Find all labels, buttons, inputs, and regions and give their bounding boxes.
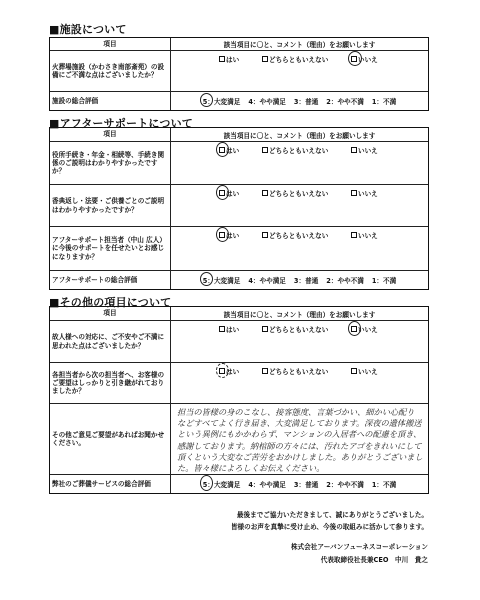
handwritten-comment: 担当の皆様の身のこなし、接客態度、言葉づかい、細かい心配り などすべてよく行き届… — [177, 407, 424, 474]
checkbox-icon — [262, 326, 268, 332]
checkbox-icon — [262, 232, 268, 238]
after-support-table: 項目 該当項目に〇と、コメント（理由）をお願いします 役所手続き・年金・相続等、… — [49, 127, 429, 290]
question-text: 香典返し・法要・ご供養ごとのご説明はわかりやすかったですか？ — [50, 185, 171, 226]
checkbox-icon — [351, 368, 357, 374]
handwritten-circle-mark — [216, 363, 229, 378]
company-name: 株式会社アーバンフューネスコーポレーション — [291, 541, 428, 551]
question-row: アフターサポート担当者（中山 広人）に今後のサポートを任せたいとお感じになります… — [50, 226, 428, 270]
comment-row: その他ご意見ご要望があればお聞かせください。 担当の皆様の身のこなし、接客態度、… — [50, 403, 428, 474]
question-text: 火葬場施設（かわさき南部斎苑）の設備にご不満な点はございましたか？ — [50, 51, 171, 91]
handwritten-circle-mark — [348, 51, 362, 66]
rating-option-1[interactable]: 1：不満 — [372, 479, 396, 489]
table-header: 項目 該当項目に〇と、コメント（理由）をお願いします — [50, 307, 428, 320]
checkbox-icon — [351, 232, 357, 238]
question-text: 故人様への対応に、ご不安やご不満に思われた点はございましたか？ — [50, 321, 171, 362]
header-instruction: 該当項目に〇と、コメント（理由）をお願いします — [171, 128, 428, 141]
thanks-line-1: 最後までご協力いただきまして、誠にありがとうございました。 — [237, 509, 428, 519]
option-neutral[interactable]: どちらともいえない — [262, 54, 328, 64]
checkbox-icon — [351, 190, 357, 196]
option-neutral[interactable]: どちらともいえない — [262, 366, 328, 376]
handwritten-circle-mark — [200, 272, 213, 286]
rating-option-2[interactable]: 2：やや不満 — [326, 479, 364, 489]
rating-option-5[interactable]: 5：大変満足 — [203, 275, 241, 285]
rating-option-3[interactable]: 3：普通 — [294, 479, 318, 489]
facility-table: 項目 該当項目に〇と、コメント（理由）をお願いします 火葬場施設（かわさき南部斎… — [49, 37, 429, 111]
rating-label: 弊社のご葬儀サービスの総合評価 — [50, 475, 171, 493]
rating-option-4[interactable]: 4：やや満足 — [248, 479, 286, 489]
header-item: 項目 — [50, 307, 171, 320]
comment-cell[interactable]: 担当の皆様の身のこなし、接客態度、言葉づかい、細かい心配り などすべてよく行き届… — [171, 404, 428, 474]
question-text: 各担当者から次の担当者へ、お客様のご要望はしっかりと引き継がれておりましたか？ — [50, 363, 171, 403]
header-instruction: 該当項目に〇と、コメント（理由）をお願いします — [171, 38, 428, 50]
rating-label: アフターサポートの総合評価 — [50, 271, 171, 289]
checkbox-icon — [219, 56, 225, 62]
question-row: 故人様への対応に、ご不安やご不満に思われた点はございましたか？ はい どちらとも… — [50, 320, 428, 362]
rating-scale: 5：大変満足 4：やや満足 3：普通 2：やや不満 1：不満 — [171, 475, 428, 493]
rating-option-2[interactable]: 2：やや不満 — [326, 275, 364, 285]
question-row: 火葬場施設（かわさき南部斎苑）の設備にご不満な点はございましたか？ はい どちら… — [50, 50, 428, 91]
checkbox-icon — [262, 56, 268, 62]
checkbox-icon — [262, 147, 268, 153]
other-items-table: 項目 該当項目に〇と、コメント（理由）をお願いします 故人様への対応に、ご不安や… — [49, 306, 429, 494]
question-row: 各担当者から次の担当者へ、お客様のご要望はしっかりと引き継がれておりましたか？ … — [50, 362, 428, 403]
answer-cell: はい どちらともいえない いいえ — [171, 227, 428, 270]
option-neutral[interactable]: どちらともいえない — [262, 188, 328, 198]
rating-row: 弊社のご葬儀サービスの総合評価 5：大変満足 4：やや満足 3：普通 2：やや不… — [50, 474, 428, 493]
option-no[interactable]: いいえ — [351, 145, 378, 155]
section-title-facility: ■施設について — [49, 21, 127, 37]
option-yes[interactable]: はい — [219, 54, 239, 64]
checkbox-icon — [262, 190, 268, 196]
answer-cell: はい どちらともいえない いいえ — [171, 321, 428, 362]
handwritten-circle-mark — [200, 475, 213, 491]
question-row: 香典返し・法要・ご供養ごとのご説明はわかりやすかったですか？ はい どちらともい… — [50, 184, 428, 226]
handwritten-circle-mark — [216, 227, 229, 242]
handwritten-circle-mark — [348, 321, 361, 336]
rating-scale: 5：大変満足 4：やや満足 3：普通 2：やや不満 1：不満 — [171, 271, 428, 289]
option-no[interactable]: いいえ — [351, 230, 378, 240]
option-yes[interactable]: はい — [219, 324, 239, 334]
table-header: 項目 該当項目に〇と、コメント（理由）をお願いします — [50, 38, 428, 50]
checkbox-icon — [351, 147, 357, 153]
rating-option-2[interactable]: 2：やや不満 — [326, 96, 364, 106]
header-item: 項目 — [50, 128, 171, 141]
checkbox-icon — [262, 368, 268, 374]
thanks-line-2: 皆様のお声を真摯に受け止め、今後の取組みに活かして参ります。 — [231, 521, 428, 531]
header-item: 項目 — [50, 38, 171, 50]
option-no[interactable]: いいえ — [351, 366, 378, 376]
question-text: アフターサポート担当者（中山 広人）に今後のサポートを任せたいとお感じになります… — [50, 227, 171, 270]
question-text: 役所手続き・年金・相続等、手続き関係のご説明はわかりやすかったですか？ — [50, 142, 171, 184]
handwritten-circle-mark — [216, 142, 229, 157]
header-instruction: 該当項目に〇と、コメント（理由）をお願いします — [171, 307, 428, 320]
rating-option-5[interactable]: 5：大変満足 — [203, 479, 241, 489]
rating-label: 施設の総合評価 — [50, 92, 171, 110]
option-neutral[interactable]: どちらともいえない — [262, 324, 328, 334]
rating-option-4[interactable]: 4：やや満足 — [248, 96, 286, 106]
rating-scale: 5：大変満足 4：やや満足 3：普通 2：やや不満 1：不満 — [171, 92, 428, 110]
table-header: 項目 該当項目に〇と、コメント（理由）をお願いします — [50, 128, 428, 141]
option-neutral[interactable]: どちらともいえない — [262, 230, 328, 240]
rating-option-1[interactable]: 1：不満 — [372, 275, 396, 285]
checkbox-icon — [219, 326, 225, 332]
option-no[interactable]: いいえ — [351, 188, 378, 198]
handwritten-circle-mark — [216, 185, 229, 200]
rating-option-3[interactable]: 3：普通 — [294, 96, 318, 106]
rating-row: 施設の総合評価 5：大変満足 4：やや満足 3：普通 2：やや不満 1：不満 — [50, 91, 428, 110]
question-row: 役所手続き・年金・相続等、手続き関係のご説明はわかりやすかったですか？ はい ど… — [50, 141, 428, 184]
answer-cell: はい どちらともいえない いいえ — [171, 363, 428, 403]
comment-label: その他ご意見ご要望があればお聞かせください。 — [50, 404, 171, 474]
rating-option-3[interactable]: 3：普通 — [294, 275, 318, 285]
rating-row: アフターサポートの総合評価 5：大変満足 4：やや満足 3：普通 2：やや不満 … — [50, 270, 428, 289]
handwritten-circle-mark — [200, 93, 213, 107]
rating-option-5[interactable]: 5：大変満足 — [203, 96, 241, 106]
ceo-signature: 代表取締役社長兼CEO 中川 貴之 — [321, 554, 428, 564]
rating-option-1[interactable]: 1：不満 — [372, 96, 396, 106]
answer-cell: はい どちらともいえない いいえ — [171, 142, 428, 184]
option-neutral[interactable]: どちらともいえない — [262, 145, 328, 155]
answer-cell: はい どちらともいえない いいえ — [171, 185, 428, 226]
rating-option-4[interactable]: 4：やや満足 — [248, 275, 286, 285]
answer-cell: はい どちらともいえない いいえ — [171, 51, 428, 91]
